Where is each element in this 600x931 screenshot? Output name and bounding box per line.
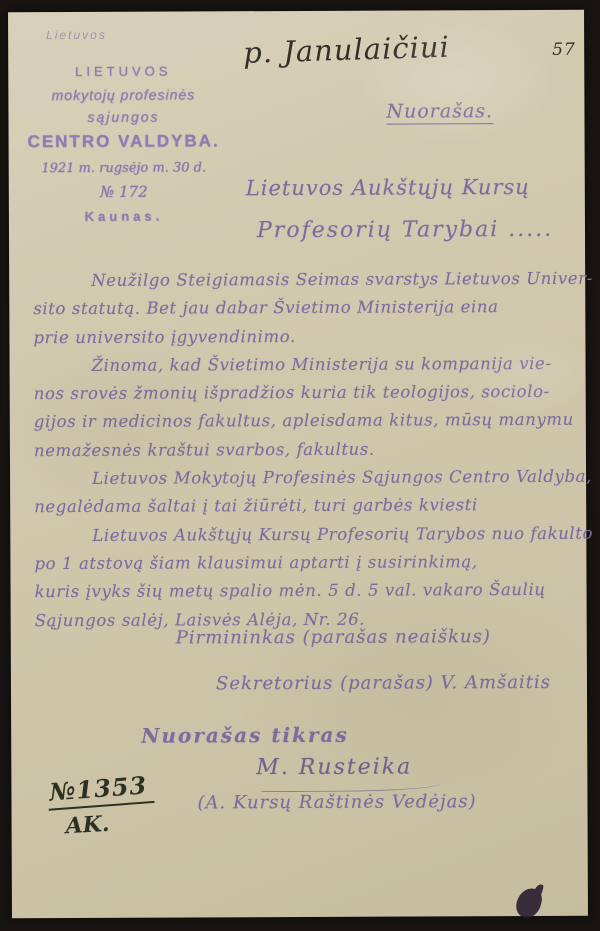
letter-body: Neužilgo Steigiamasis Seimas svarstys Li… bbox=[33, 265, 580, 635]
addressee-line-2: Profesorių Tarybai ..... bbox=[257, 217, 553, 243]
stamp-org-line1: LIETUVOS bbox=[18, 63, 228, 79]
registry-note: №1353 AK. bbox=[47, 774, 153, 837]
copy-certification: Nuorašas tikras bbox=[141, 723, 349, 748]
body-line: sito statutą. Bet jau dabar Švietimo Min… bbox=[33, 293, 578, 324]
ink-blot bbox=[513, 885, 544, 920]
stamp-city: Kaunas. bbox=[19, 208, 229, 224]
addressee-line-1: Lietuvos Aukštųjų Kursų bbox=[246, 175, 530, 200]
registry-number: №1353 bbox=[46, 770, 154, 811]
recipient-note: p. Janulaičiui bbox=[243, 30, 451, 70]
body-line: nos srovės žmonių išpradžios kuria tik t… bbox=[34, 378, 579, 409]
chairman-signature-line: Pirmininkas (parašas neaiškus) bbox=[176, 626, 491, 648]
body-line: prie universito įgyvendinimo. bbox=[33, 321, 578, 352]
body-line: Žinoma, kad Švietimo Ministerija su komp… bbox=[34, 350, 579, 381]
stamp-org-line3: sąjungos bbox=[18, 108, 228, 125]
body-line: Neužilgo Steigiamasis Seimas svarstys Li… bbox=[33, 265, 578, 296]
scanned-document-page: { "page": { "archival_pencil_note": "Lie… bbox=[0, 0, 600, 931]
org-stamp: LIETUVOS mokytojų profesinės sąjungos CE… bbox=[18, 63, 229, 224]
archival-pencil-note: Lietuvos bbox=[46, 28, 107, 42]
body-line: negalėdama šaltai į tai žiūrėti, turi ga… bbox=[34, 491, 579, 522]
body-line: gijos ir medicinos fakultus, apleisdama … bbox=[34, 406, 579, 437]
stamp-org-line4: CENTRO VALDYBA. bbox=[19, 131, 229, 152]
body-line: kuris įvyks šių metų spalio mėn. 5 d. 5 … bbox=[34, 576, 579, 607]
body-line: nemažesnės kraštui svarbos, fakultus. bbox=[34, 435, 579, 466]
stamp-number-line: № 172 bbox=[19, 182, 229, 201]
body-line: Lietuvos Aukštųjų Kursų Profesorių Taryb… bbox=[34, 519, 579, 550]
copy-label: Nuorašas. bbox=[386, 100, 493, 124]
folio-number: 57 bbox=[552, 40, 576, 60]
body-line: Lietuvos Mokytojų Profesinės Sąjungos Ce… bbox=[34, 463, 579, 494]
registry-initials: AK. bbox=[65, 808, 154, 839]
certifier-role: (A. Kursų Raštinės Vedėjas) bbox=[197, 791, 476, 813]
certifier-signature: M. Rusteika bbox=[256, 755, 412, 781]
stamp-date-line: 1921 m. rugsėjo m. 30 d. bbox=[19, 160, 229, 176]
document-paper: Lietuvos LIETUVOS mokytojų profesinės są… bbox=[8, 10, 588, 919]
stamp-org-line2: mokytojų profesinės bbox=[18, 86, 228, 103]
secretary-signature-line: Sekretorius (parašas) V. Amšaitis bbox=[216, 672, 551, 694]
body-line: po 1 atstovą šiam klausimui aptarti į su… bbox=[34, 548, 579, 579]
